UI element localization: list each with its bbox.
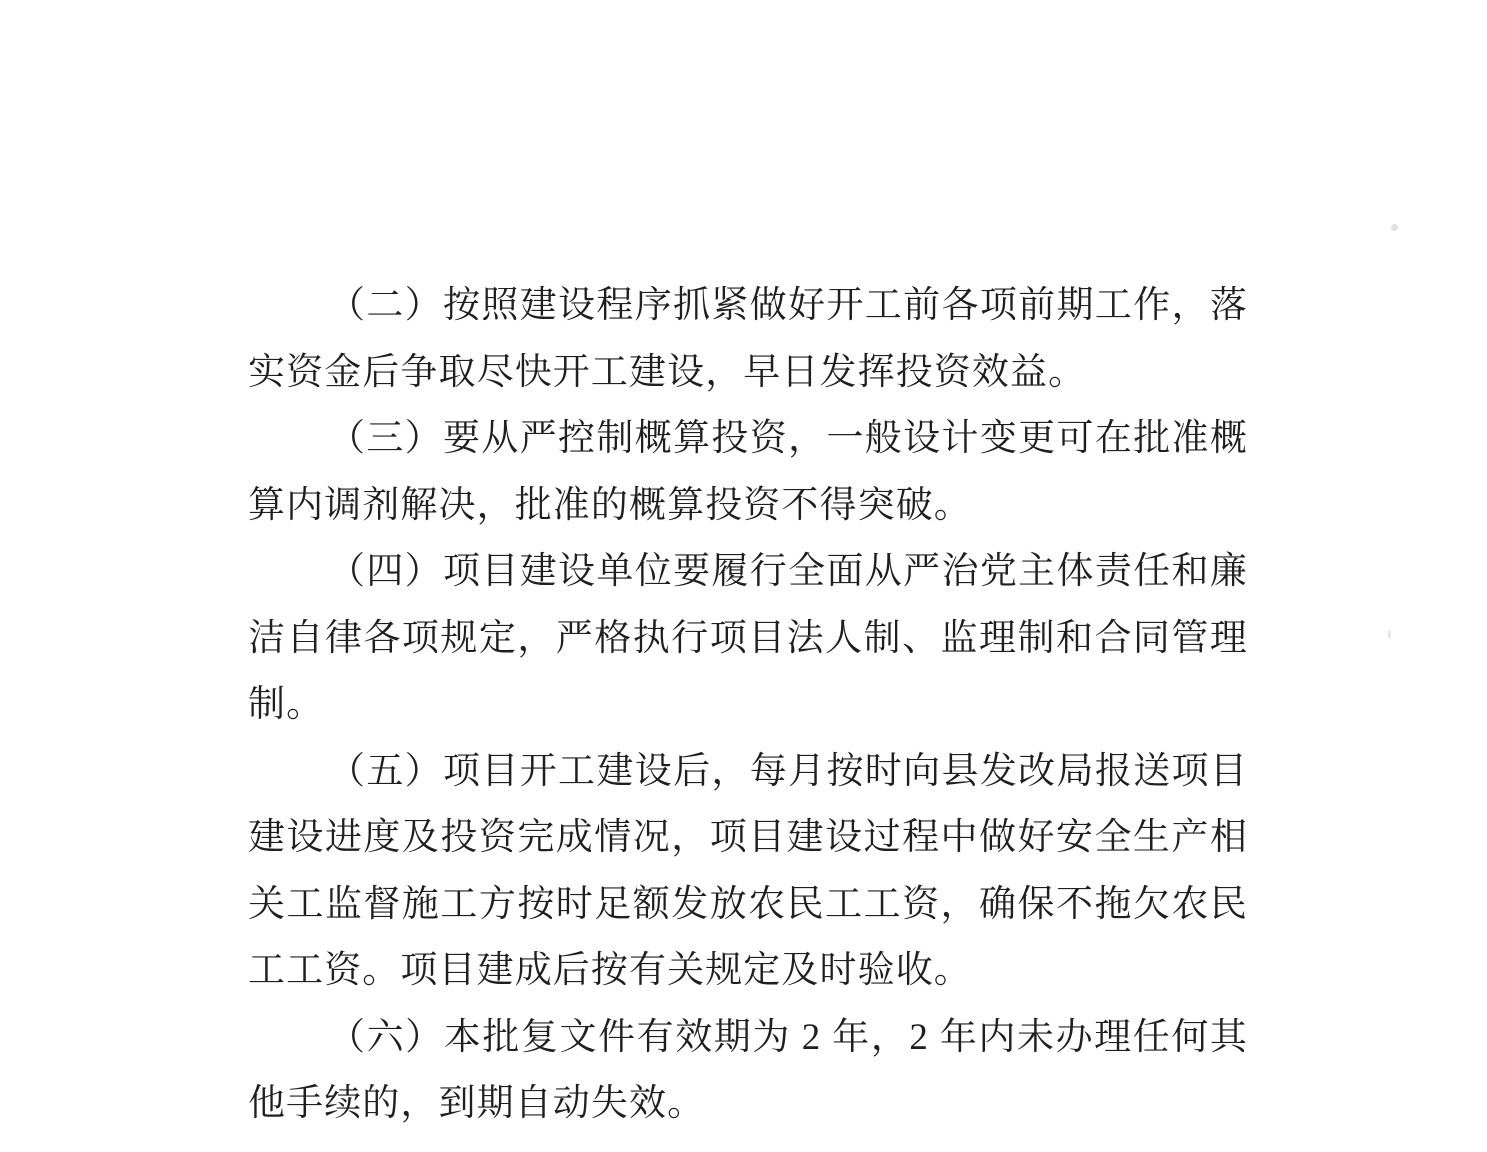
clause-paragraph-5: （五）项目开工建设后，每月按时向县发改局报送项目建设进度及投资完成情况，项目建设… [248,739,1248,1005]
clause-paragraph-4: （四）项目建设单位要履行全面从严治党主体责任和廉洁自律各项规定，严格执行项目法人… [248,539,1248,739]
document-page: （二）按照建设程序抓紧做好开工前各项前期工作，落实资金后争取尽快开工建设，早日发… [0,0,1487,1152]
scan-speck [1391,224,1398,231]
document-body: （二）按照建设程序抓紧做好开工前各项前期工作，落实资金后争取尽快开工建设，早日发… [248,273,1248,1138]
clause-paragraph-6: （六）本批复文件有效期为 2 年，2 年内未办理任何其他手续的，到期自动失效。 [248,1005,1248,1138]
clause-paragraph-2: （二）按照建设程序抓紧做好开工前各项前期工作，落实资金后争取尽快开工建设，早日发… [248,273,1248,406]
scan-speck [1388,630,1391,639]
clause-paragraph-3: （三）要从严控制概算投资，一般设计变更可在批准概算内调剂解决，批准的概算投资不得… [248,406,1248,539]
